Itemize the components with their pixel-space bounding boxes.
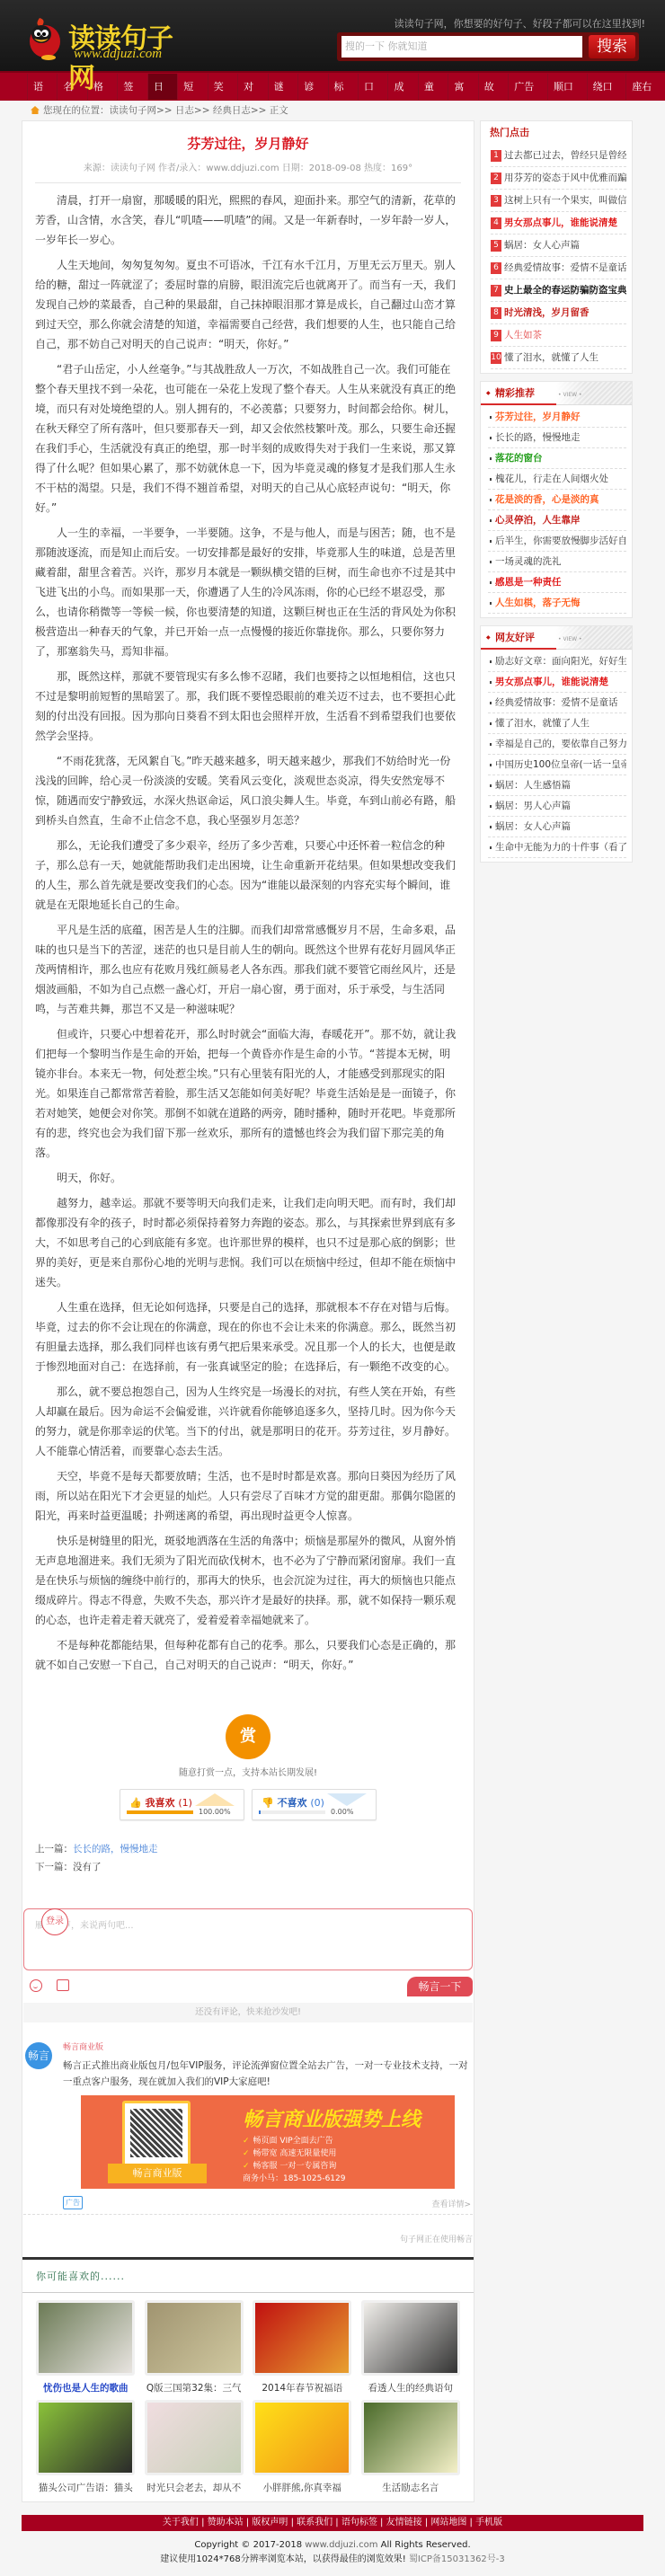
thumbnail[interactable] [36,2300,135,2376]
related-item[interactable]: 看透人生的经典语句 [357,2300,465,2398]
related-section: 你可能喜欢的...... 忧伤也是人生的歌曲 Q版三国第32集：三气 2014年… [22,2257,474,2501]
hot-list: 1过去都已过去，曾经只是曾经2用芬芳的姿态于风中优雅而蹁3这树上只有一个果实，叫… [481,145,632,373]
like-count: (1) [178,1797,192,1809]
related-item[interactable]: 猫头公司广告语：猫头 [31,2400,140,2498]
article-meta: 来源：读读句子网 作者/录入：www.ddjuzi.com 日期：2018-09… [35,160,461,183]
footer-link[interactable]: 赞助本站 [208,2518,244,2527]
up-arrow-icon [195,1793,235,1806]
related-item[interactable]: 忧伤也是人生的歌曲 [31,2300,140,2398]
nav-item-miyu[interactable]: 谜语 [268,74,297,100]
footer-site-link[interactable]: www.ddjuzi.com [305,2540,377,2550]
hot-item[interactable]: 3这树上只有一个果实，叫做信 [491,190,626,212]
paragraph: 那，既然这样，那就不要管现实有多么惨不忍睹，我们也要持之以恒地相信，这也只不过是… [35,667,461,746]
footer: Copyright © 2017-2018 www.ddjuzi.com All… [0,2531,665,2576]
dislike-progress [259,1810,325,1814]
thumbnail[interactable] [253,2300,351,2376]
ad-tag: 广告 [63,2196,83,2209]
nav-item-kouhao[interactable]: 口号 [358,74,387,100]
thumbnail[interactable] [145,2300,244,2376]
thumbnail[interactable] [36,2400,135,2475]
rank-badge: 2 [491,173,501,184]
paragraph: 人生天地间，匆匆复匆匆。夏虫不可语冰，千江有水千江月，万里无云万里天。别人给的糖… [35,255,461,354]
icp-link[interactable]: 蜀ICP备15031362号-3 [409,2554,505,2564]
hot-item[interactable]: 8时光清浅，岁月留香 [491,302,626,324]
prev-label: 上一篇： [35,1844,73,1855]
recommend-title: 精彩推荐• VIEW • [481,382,632,405]
nav-item-duilian[interactable]: 对联 [237,74,267,100]
nav-item-xiaohua[interactable]: 笑话 [208,74,237,100]
like-label: 👍 我喜欢 (1) [129,1795,192,1810]
paragraph: 不是每种花都能结果，但每种花都有自己的花季。那么，只要我们心态是正确的，那就不如… [35,1635,461,1675]
reviews-item[interactable]: 幸福是自己的，要依靠自己努力得 [488,734,626,755]
reviews-item[interactable]: 男女那点事儿，谁能说清楚 [488,672,626,693]
footer-link[interactable]: 关于我们 [163,2518,199,2527]
paragraph: 平凡是生活的底蕴，困苦是人生的注脚。而我们却常常感慨岁月不居，生命多艰，品味的也… [35,920,461,1019]
login-button[interactable]: 登录 [41,1908,68,1935]
ad-avatar: 畅言 [25,2042,52,2069]
related-item[interactable]: 2014年春节祝福语 [248,2300,357,2398]
hot-item[interactable]: 2用芬芳的姿态于风中优雅而蹁 [491,167,626,190]
footer-link[interactable]: 网站地图 [430,2518,466,2527]
thumbnail[interactable] [145,2400,244,2475]
hot-item[interactable]: 10懂了泪水，就懂了人生 [491,347,626,369]
home-icon [31,106,40,114]
rank-badge: 1 [491,150,501,162]
recommend-list: 芬芳过往，岁月静好长长的路，慢慢地走落花的窗台槐花儿，行走在人间烟火处花是淡的香… [481,405,632,617]
paragraph: “不雨花犹落，无风絮自飞。”昨天越来越多，明天越来越少，那我们不妨给时光一份浅浅… [35,751,461,830]
breadcrumb-path[interactable]: 读读句子网>> 日志>> 经典日志>> 正文 [110,105,288,116]
hot-item[interactable]: 9人生如茶 [491,324,626,347]
footer-link[interactable]: 联系我们 [297,2518,332,2527]
article-content: 清晨，打开一扇窗，那暖暖的阳光，熙熙的春风，迎面扑来。那空气的清新，花草的芳香，… [35,190,461,1675]
hot-item[interactable]: 7史上最全的春运防骗防盗宝典 [491,279,626,302]
nav-item-chengyu[interactable]: 成语 [387,74,417,100]
hot-item[interactable]: 1过去都已过去，曾经只是曾经 [491,145,626,167]
down-arrow-icon [327,1793,367,1806]
recommend-item[interactable]: 一场灵魂的洗礼 [488,552,626,572]
separator: | [422,2518,431,2527]
rank-badge: 5 [491,240,501,252]
paragraph: 快乐是树缝里的阳光，斑驳地洒落在生活的角落中；烦恼是那屋外的微风，从窗外悄无声息… [35,1531,461,1630]
nav-item-biaoyu[interactable]: 标语 [328,74,358,100]
related-item[interactable]: Q版三国第32集：三气 [140,2300,249,2398]
recommend-item[interactable]: 落花的窗台 [488,448,626,469]
search-input[interactable]: 搜的一下 你就知道 [341,36,582,58]
recommend-item[interactable]: 花是淡的香，心是淡的真 [488,490,626,510]
separator: | [244,2518,253,2527]
ad-name: 畅言商业版 [63,2040,473,2052]
rank-badge: 7 [491,285,501,297]
paragraph: 越努力，越幸运。那就不要等明天向我们走来，让我们走向明天吧。而有时，我们却都像那… [35,1193,461,1292]
reviews-item[interactable]: 蜗居：男人心声篇 [488,796,626,817]
paragraph: 那么，无论我们遭受了多少艰辛，经历了多少苦难，只要心中还怀着一粒信念的种子，那么… [35,836,461,915]
ad-banner[interactable]: 畅言商业版 畅言商业版强势上线 ✓畅页面 VIP全面去广告 ✓畅带宽 高速无限量… [81,2095,455,2189]
thumbnail[interactable] [361,2300,460,2376]
check-icon: ✓ [243,2137,250,2146]
nav-item-guanggaoyu[interactable]: 广告语 [508,74,547,100]
reviews-item[interactable]: 经典爱情故事：爱情不是童话 [488,693,626,713]
like-button[interactable]: 👍 我喜欢 (1) 100.00% [120,1789,244,1820]
site-logo[interactable]: 读读句子网 www.ddjuzi.com [22,13,192,63]
footer-link[interactable]: 语句标签 [341,2518,377,2527]
emoji-icon[interactable] [30,1979,42,1992]
recommend-item[interactable]: 感恩是一种责任 [488,572,626,593]
reviews-item[interactable]: 蜗居：女人心声篇 [488,817,626,837]
footer-nav: 关于我们 | 赞助本站 | 版权声明 | 联系我们 | 语句标签 | 友情链接 … [22,2515,643,2531]
hot-item[interactable]: 4男女那点事儿，谁能说清楚 [491,212,626,235]
sidebar: 热门点击 1过去都已过去，曾经只是曾经2用芬芳的姿态于风中优雅而蹁3这树上只有一… [480,120,633,870]
thumbnail[interactable] [361,2400,460,2475]
footer-link[interactable]: 版权声明 [252,2518,288,2527]
article-panel: 芬芳过往，岁月静好 来源：读读句子网 作者/录入：www.ddjuzi.com … [22,120,474,2502]
separator: | [332,2518,341,2527]
paragraph: “君子山岳定，小人丝毫争。”与其战胜敌人一万次，不如战胜自己一次。我们可能在整个… [35,359,461,518]
next-article: 没有了 [73,1862,102,1872]
site-header: 读读句子网 www.ddjuzi.com 读读句子网，你想要的好句子、好段子都可… [0,0,665,71]
footer-recommend: 建议使用1024*768分辨率浏览本站，以获得最佳的浏览效果! [160,2554,406,2564]
reviews-title: 网友好评• VIEW • [481,626,632,650]
reviews-item[interactable]: 懂了泪水，就懂了人生 [488,713,626,734]
thumbnail[interactable] [253,2400,351,2475]
dislike-button[interactable]: 👎 不喜欢 (0) 0.00% [252,1789,377,1820]
qr-code-icon [122,2101,191,2171]
reviews-item[interactable]: 生命中无能为力的十件事（看了你 [488,837,626,858]
nav-item-tonghua[interactable]: 童话 [418,74,448,100]
comment-section: 登录 雁过留声，来说两句吧... 畅言一下 还没有评论，快来抢沙发吧! 畅言 畅… [35,1908,461,2257]
recommend-item[interactable]: 槐花儿，行走在人间烟火处 [488,469,626,490]
reviews-list: 励志好文章：面向阳光，好好生活男女那点事儿，谁能说清楚经典爱情故事：爱情不是童话… [481,650,632,862]
check-icon: ✓ [243,2149,250,2158]
related-item[interactable]: 时光只会老去，却从不 [140,2400,249,2498]
hot-clicks-box: 热门点击 1过去都已过去，曾经只是曾经2用芬芳的姿态于风中优雅而蹁3这树上只有一… [480,120,633,374]
prev-next-nav: 上一篇：长长的路，慢慢地走 下一篇：没有了 [35,1840,461,1876]
search-bar: 搜的一下 你就知道 搜索 [337,32,639,61]
recommend-item[interactable]: 后半生，你需要放慢脚步活好自己 [488,531,626,552]
ad-ribbon: 畅言商业版 [108,2164,207,2183]
dislike-percent: 0.00% [331,1808,353,1816]
check-icon: ✓ [243,2162,250,2171]
ad-features: ✓畅页面 VIP全面去广告 ✓畅带宽 高速无限量使用 ✓畅客服 一对一专属咨询 … [243,2135,345,2185]
reviews-item[interactable]: 中国历史100位皇帝(一话一皇帝) [488,755,626,775]
separator: | [377,2518,386,2527]
like-percent: 100.00% [199,1808,231,1816]
paragraph: 天空，毕竟不是每天都要放晴；生活，也不是时时都是欢喜。那向日葵因为经历了风雨，所… [35,1466,461,1526]
submit-comment-button[interactable]: 畅言一下 [407,1977,473,1996]
nav-item-raokouling[interactable]: 绕口令 [587,74,626,100]
recommend-box: 精彩推荐• VIEW • 芬芳过往，岁月静好长长的路，慢慢地走落花的窗台槐花儿，… [480,381,633,618]
related-grid: 忧伤也是人生的歌曲 Q版三国第32集：三气 2014年春节祝福语 看透人生的经典… [22,2293,474,2501]
nav-item-yanyu[interactable]: 谚语 [297,74,327,100]
paragraph: 清晨，打开一扇窗，那暖暖的阳光，熙熙的春风，迎面扑来。那空气的清新，花草的芳香，… [35,190,461,250]
divider [23,2214,473,2215]
ad-contact: 商务小马：185-1025-6129 [243,2173,345,2185]
like-progress [127,1810,193,1814]
paragraph: 那么，就不要总抱怨自己，因为人生终究是一场漫长的对抗，有些人笑在开始，有些人却赢… [35,1382,461,1461]
rank-badge: 10 [491,352,501,364]
separator: | [199,2518,208,2527]
dislike-label: 👎 不喜欢 (0) [262,1795,324,1810]
nav-item-zuoyouming[interactable]: 座右铭 [625,74,665,100]
paragraph: 人一生的幸福，一半要争，一半要随。这争，不是与他人，而是与困苦；随，也不是那随波… [35,523,461,661]
reward-button[interactable]: 赏 [226,1714,270,1759]
prev-article-link[interactable]: 长长的路，慢慢地走 [73,1844,158,1855]
breadcrumb-prefix: 您现在的位置： [43,105,110,116]
related-title: 你可能喜欢的...... [22,2260,474,2293]
reward-text: 随意打赏一点，支持本站长期发展! [35,1765,461,1778]
reward-section: 赏 随意打赏一点，支持本站长期发展! [35,1714,461,1778]
nav-item-yulu[interactable]: 语录 [27,74,57,100]
recommend-item[interactable]: 心灵停泊，人生靠岸 [488,510,626,531]
hot-item[interactable]: 6经典爱情故事：爱情不是童话 [491,257,626,279]
hot-clicks-title: 热门点击 [481,121,632,145]
rank-badge: 9 [491,330,501,341]
recommend-item[interactable]: 芬芳过往，岁月静好 [488,407,626,428]
rank-badge: 4 [491,217,501,229]
rank-badge: 3 [491,195,501,207]
image-upload-icon[interactable] [57,1979,69,1991]
reviews-box: 网友好评• VIEW • 励志好文章：面向阳光，好好生活男女那点事儿，谁能说清楚… [480,625,633,863]
nav-item-shunkouliu[interactable]: 顺口溜 [547,74,587,100]
site-slogan: 读读句子网，你想要的好句子、好段子都可以在这里找到! [395,16,645,31]
powered-by: 句子网正在使用畅言 [35,2233,473,2257]
logo-url: www.ddjuzi.com [74,47,162,62]
hot-item[interactable]: 5蜗居：女人心声篇 [491,235,626,257]
separator: | [466,2518,475,2527]
vote-section: 👍 我喜欢 (1) 100.00% 👎 不喜欢 (0) 0.00% [35,1789,461,1820]
reviews-item[interactable]: 励志好文章：面向阳光，好好生活 [488,651,626,672]
changyan-ad: 畅言 畅言商业版 畅言正式推出商业版包月/包年VIP服务，评论流弹窗位置全站去广… [23,2023,473,2215]
next-label: 下一篇： [35,1862,73,1872]
paragraph: 人生重在选择，但无论如何选择，只要是自己的选择，那就根本不存在对错与后悔。毕竟，… [35,1297,461,1377]
paragraph: 但或许，只要心中想着花开，那么时时就会“面临大海，春暖花开”。那不妨，就让我们把… [35,1024,461,1163]
search-button[interactable]: 搜索 [589,35,635,58]
recommend-item[interactable]: 人生如棋，落子无悔 [488,593,626,614]
ad-text: 畅言正式推出商业版包月/包年VIP服务，评论流弹窗位置全站去广告，一对一专业技术… [63,2058,473,2090]
related-item[interactable]: 小胖胖熊,你真幸福 [248,2400,357,2498]
comment-toolbar: 畅言一下 [23,1970,473,2003]
footer-link[interactable]: 手机版 [475,2518,502,2527]
nav-item-yuyan[interactable]: 寓言 [448,74,477,100]
paragraph: 明天，你好。 [35,1168,461,1188]
article-title: 芬芳过往，岁月静好 [35,134,461,153]
reviews-item[interactable]: 蜗居：人生感悟篇 [488,775,626,796]
penguin-mascot-icon [22,16,68,61]
empty-comments-text: 还没有评论，快来抢沙发吧! [23,2003,473,2023]
separator: | [288,2518,297,2527]
ad-headline: 畅言商业版强势上线 [243,2104,421,2132]
dislike-count: (0) [310,1797,324,1809]
recommend-item[interactable]: 长长的路，慢慢地走 [488,428,626,448]
comment-input[interactable]: 雁过留声，来说两句吧... [23,1908,473,1970]
ad-details-link[interactable]: 查看详情> [431,2198,471,2209]
breadcrumb: 您现在的位置：读读句子网>> 日志>> 经典日志>> 正文 [0,101,665,120]
footer-link[interactable]: 友情链接 [386,2518,422,2527]
nav-item-gushi[interactable]: 故事 [478,74,508,100]
rank-badge: 6 [491,262,501,274]
related-item[interactable]: 生活励志名言 [357,2400,465,2498]
rank-badge: 8 [491,307,501,319]
